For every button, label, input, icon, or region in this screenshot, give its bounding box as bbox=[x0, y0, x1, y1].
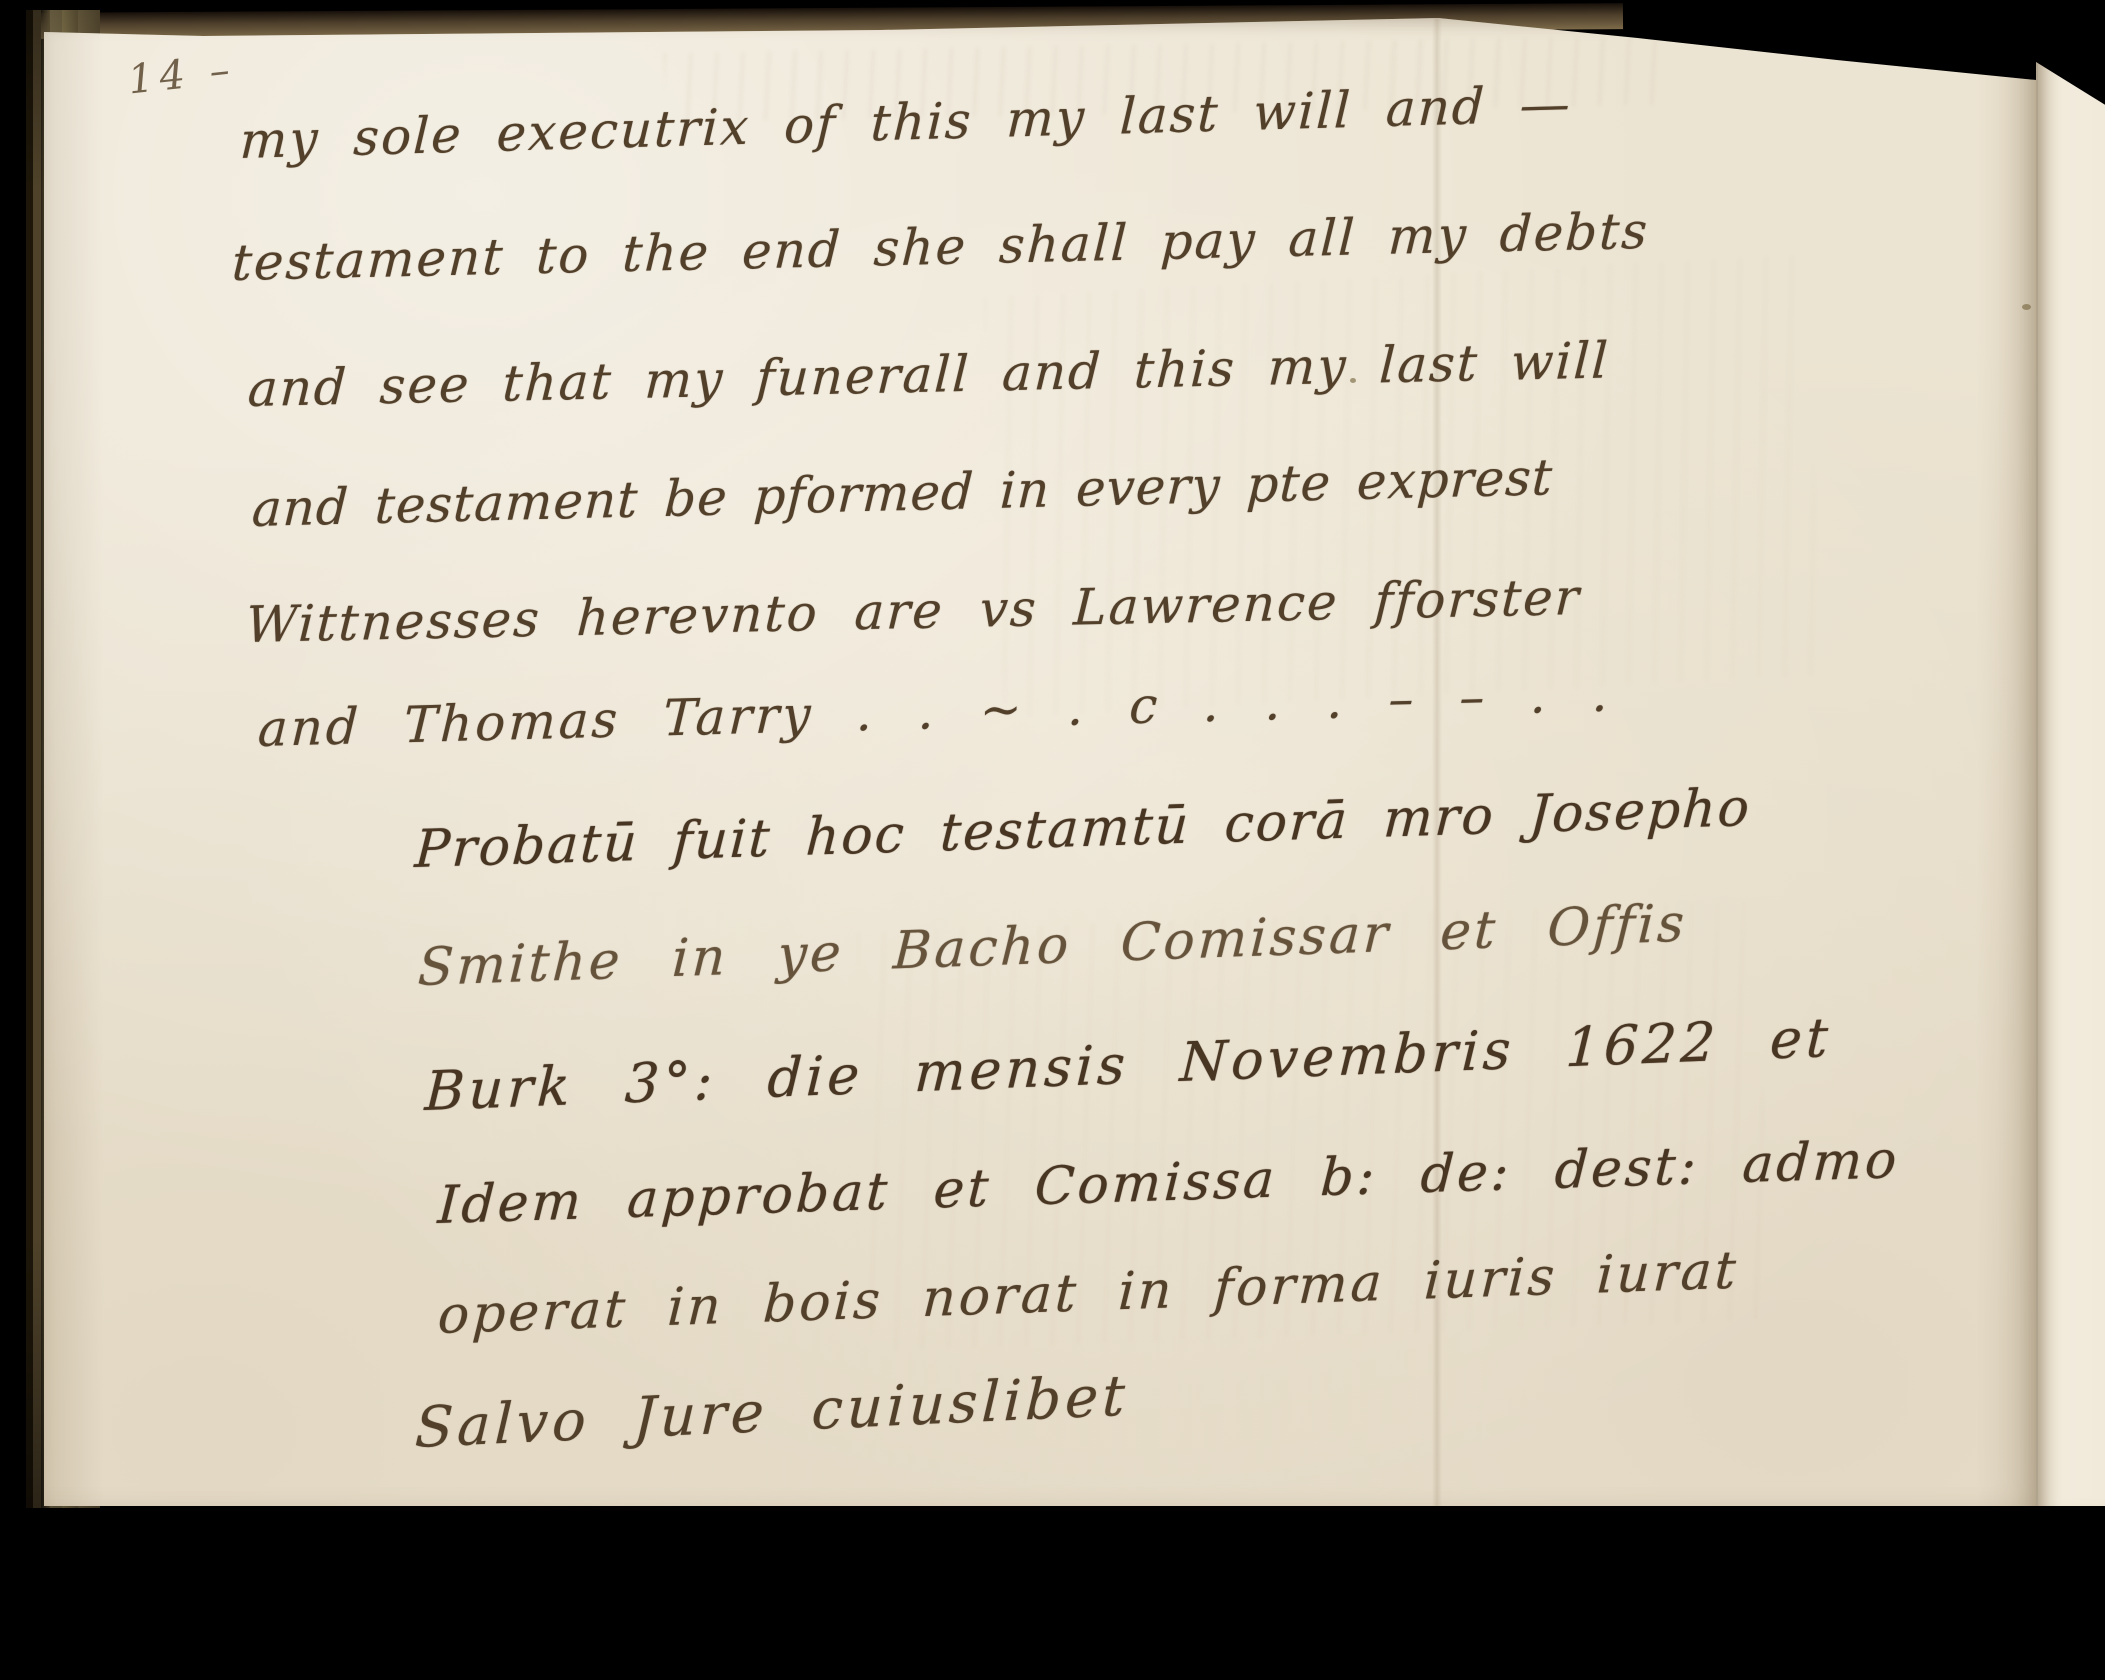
next-leaf-edge bbox=[2036, 60, 2105, 1506]
manuscript-photo: 14 – my sole executrix of this my last w… bbox=[0, 0, 2105, 1680]
ink-speck bbox=[2022, 304, 2031, 310]
